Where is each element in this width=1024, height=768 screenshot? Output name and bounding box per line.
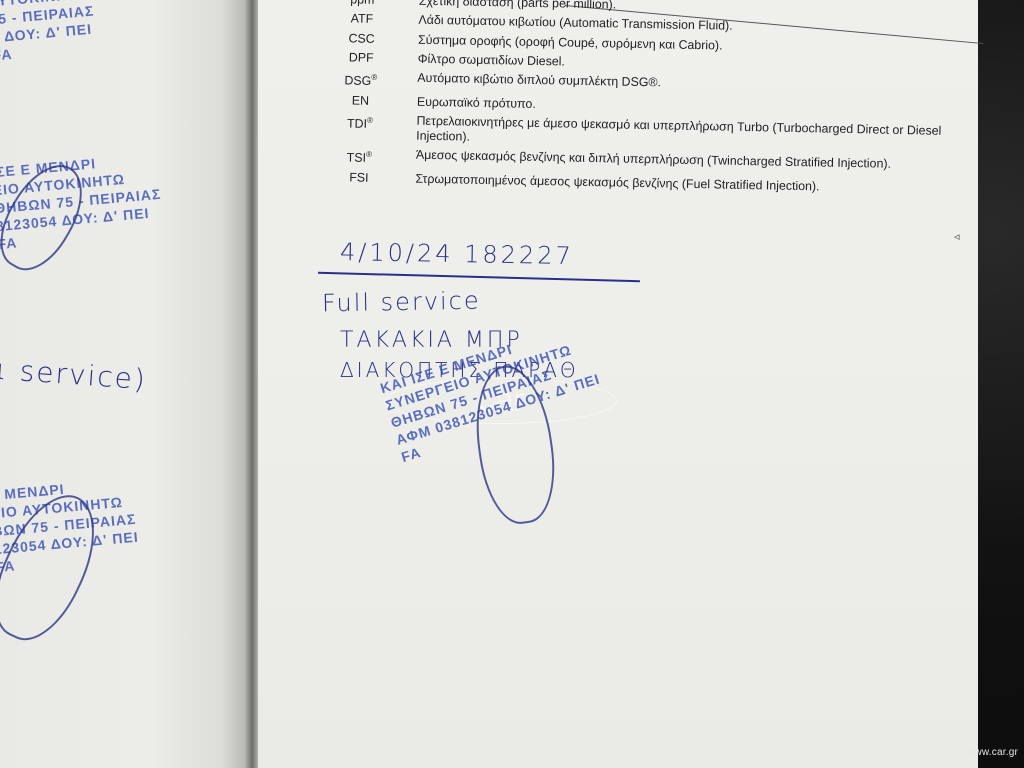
page-marker-icon: ◃: [954, 230, 960, 243]
table-surface: [978, 0, 1024, 768]
photo-scene: www.car.gr ppmΣχετική διάσταση (parts pe…: [0, 0, 1024, 768]
handwritten-service-type: Full service: [322, 287, 481, 318]
glossary-abbreviation: TDI®: [327, 112, 393, 143]
glossary-definition: Πετρελαιοκινητήρες με άμεσο ψεκασμό και …: [392, 113, 967, 154]
glossary-abbreviation: CSC: [329, 31, 394, 47]
handwritten-date-mileage: 4/10/24 182227: [340, 238, 574, 270]
glossary-abbreviation: FSI: [326, 170, 391, 186]
glossary-abbreviation: TSI®: [327, 146, 392, 166]
workshop-stamp-left-top: ΑΥΤΟΚΙΝΗΤΩ75 - ΠΕΙΡΑΙΑΣ4 ΔΟΥ: Δ' ΠΕΙFA: [0, 0, 98, 64]
watermark-url: www.car.gr: [967, 747, 1018, 758]
glossary-abbreviation: DSG®: [328, 69, 393, 89]
glossary-abbreviation: ppm: [330, 0, 395, 8]
glossary-abbreviation: ATF: [329, 11, 394, 27]
abbreviation-glossary: ppmΣχετική διάσταση (parts per million).…: [326, 0, 970, 201]
glossary-abbreviation: DPF: [329, 50, 394, 66]
glossary-abbreviation: EN: [328, 93, 393, 109]
